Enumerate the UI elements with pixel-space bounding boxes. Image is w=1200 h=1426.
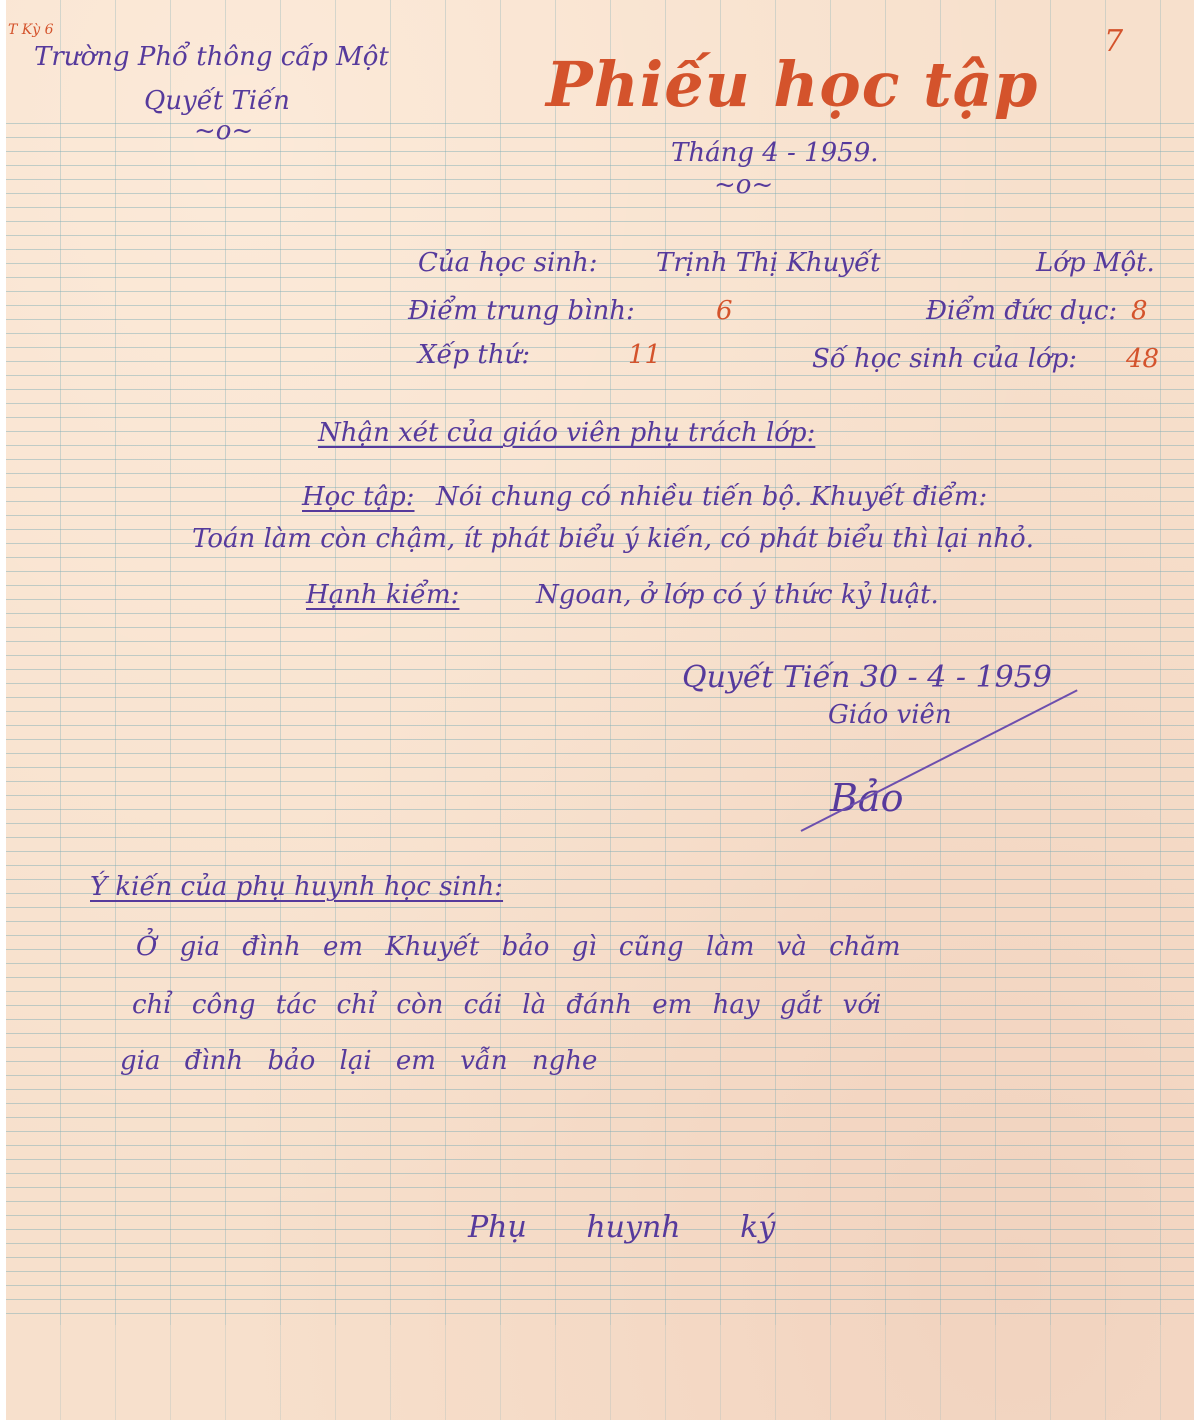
rank-value: 11: [628, 340, 661, 370]
document-title: Phiếu học tập: [546, 48, 1038, 121]
average-value: 6: [716, 296, 733, 326]
average-label: Điểm trung bình:: [408, 296, 635, 326]
study-comment-line2: Toán làm còn chậm, ít phát biểu ý kiến, …: [192, 524, 1034, 554]
conduct-score-value: 8: [1131, 296, 1148, 326]
class-size-value: 48: [1126, 344, 1159, 374]
school-flourish: ~o~: [194, 116, 253, 146]
parent-signature-label: Phụ huynh ký: [468, 1210, 775, 1245]
place-date: Quyết Tiến 30 - 4 - 1959: [682, 660, 1052, 695]
student-label: Của học sinh:: [418, 248, 598, 278]
notebook-page: T Kỳ 6 7 Trường Phổ thông cấp Một Quyết …: [6, 0, 1194, 1420]
school-name: Trường Phổ thông cấp Một: [34, 42, 389, 72]
ruling-vertical-bottom: [6, 1325, 1194, 1420]
conduct-score-label: Điểm đức dục:: [926, 296, 1117, 326]
corner-annotation: T Kỳ 6: [8, 22, 54, 38]
class-size-label: Số học sinh của lớp:: [812, 344, 1077, 374]
student-name: Trịnh Thị Khuyết: [656, 248, 881, 278]
rank-label: Xếp thứ:: [418, 340, 530, 370]
parent-comment-line1: Ở gia đình em Khuyết bảo gì cũng làm và …: [136, 932, 901, 962]
month-flourish: ~o~: [714, 170, 773, 200]
parent-comments-heading: Ý kiến của phụ huynh học sinh:: [90, 872, 503, 902]
study-comment-line1: Nói chung có nhiều tiến bộ. Khuyết điểm:: [436, 482, 987, 512]
conduct-comment: Ngoan, ở lớp có ý thức kỷ luật.: [536, 580, 939, 610]
teacher-comments-heading: Nhận xét của giáo viên phụ trách lớp:: [318, 418, 815, 448]
study-label: Học tập:: [302, 482, 415, 512]
conduct-label: Hạnh kiểm:: [306, 580, 459, 610]
parent-comment-line2: chỉ công tác chỉ còn cái là đánh em hay …: [132, 990, 881, 1020]
school-location: Quyết Tiến: [144, 86, 290, 116]
ruled-lines: [6, 110, 1194, 1325]
signer-title: Giáo viên: [828, 700, 952, 730]
page-number: 7: [1104, 24, 1123, 59]
parent-comment-line3: gia đình bảo lại em vẫn nghe: [120, 1046, 597, 1076]
document-month: Tháng 4 - 1959.: [671, 138, 879, 168]
class-label: Lớp Một.: [1036, 248, 1155, 278]
